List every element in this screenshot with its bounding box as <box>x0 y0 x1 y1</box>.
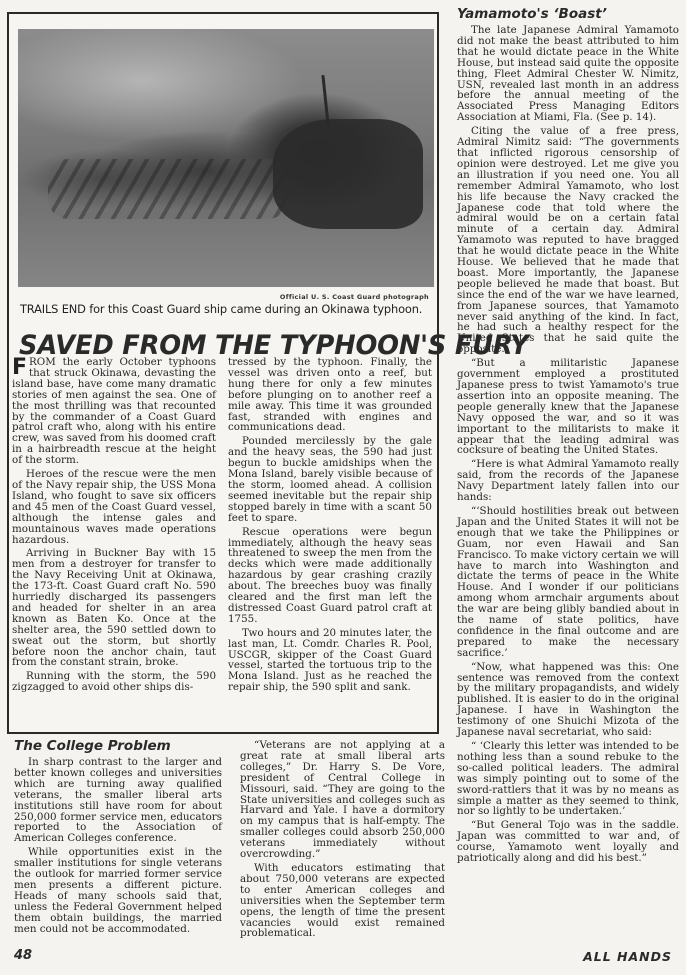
paragraph: “But General Tojo was in the saddle. Jap… <box>457 820 679 864</box>
wreck-debris <box>48 159 288 219</box>
drop-cap: F <box>12 358 27 378</box>
ship-wreck-photo <box>18 29 434 287</box>
yamamoto-headline: Yamamoto's ‘Boast’ <box>457 6 607 22</box>
ship-mast <box>321 75 329 125</box>
paragraph: “‘Should hostilities break out between J… <box>457 506 679 659</box>
paragraph: tressed by the typhoon. Finally, the ves… <box>228 357 432 433</box>
paragraph: Arriving in Buckner Bay with 15 men from… <box>12 548 216 668</box>
paragraph: “ ‘Clearly this letter was intended to b… <box>457 741 679 817</box>
paragraph: Pounded mercilessly by the gale and the … <box>228 436 432 523</box>
college-headline: The College Problem <box>14 738 171 754</box>
paragraph: Heroes of the rescue were the men of the… <box>12 469 216 545</box>
photo-caption: TRAILS END for this Coast Guard ship cam… <box>20 302 434 316</box>
paragraph: In sharp contrast to the larger and bett… <box>14 757 222 844</box>
typhoon-story-column-2: tressed by the typhoon. Finally, the ves… <box>228 357 432 696</box>
ship-hull <box>273 119 423 229</box>
magazine-page: Official U. S. Coast Guard photograph TR… <box>0 0 686 975</box>
paragraph: Citing the value of a free press, Admira… <box>457 126 679 355</box>
paragraph: Running with the storm, the 590 zigzagge… <box>12 671 216 693</box>
paragraph: With educators estimating that about 750… <box>240 863 445 939</box>
paragraph: Rescue operations were begun immediately… <box>228 527 432 625</box>
magazine-name: ALL HANDS <box>583 949 672 964</box>
paragraph: Two hours and 20 minutes later, the last… <box>228 628 432 693</box>
college-story-column-2: “Veterans are not applying at a great ra… <box>240 740 445 942</box>
page-number: 48 <box>14 948 32 963</box>
paragraph: While opportunities exist in the smaller… <box>14 847 222 934</box>
paragraph: The late Japanese Admiral Yamamoto did n… <box>457 25 679 123</box>
paragraph: “But a militaristic Japanese government … <box>457 358 679 456</box>
college-story-column-1: In sharp contrast to the larger and bett… <box>14 757 222 938</box>
paragraph: “Veterans are not applying at a great ra… <box>240 740 445 860</box>
paragraph: “Here is what Admiral Yamamoto really sa… <box>457 459 679 503</box>
yamamoto-story-column: The late Japanese Admiral Yamamoto did n… <box>457 25 679 867</box>
paragraph: “Now, what happened was this: One senten… <box>457 662 679 738</box>
typhoon-story-column-1: FROM the early October typhoons that str… <box>12 357 216 696</box>
photo-credit: Official U. S. Coast Guard photograph <box>280 293 429 301</box>
paragraph: FROM the early October typhoons that str… <box>12 357 216 466</box>
